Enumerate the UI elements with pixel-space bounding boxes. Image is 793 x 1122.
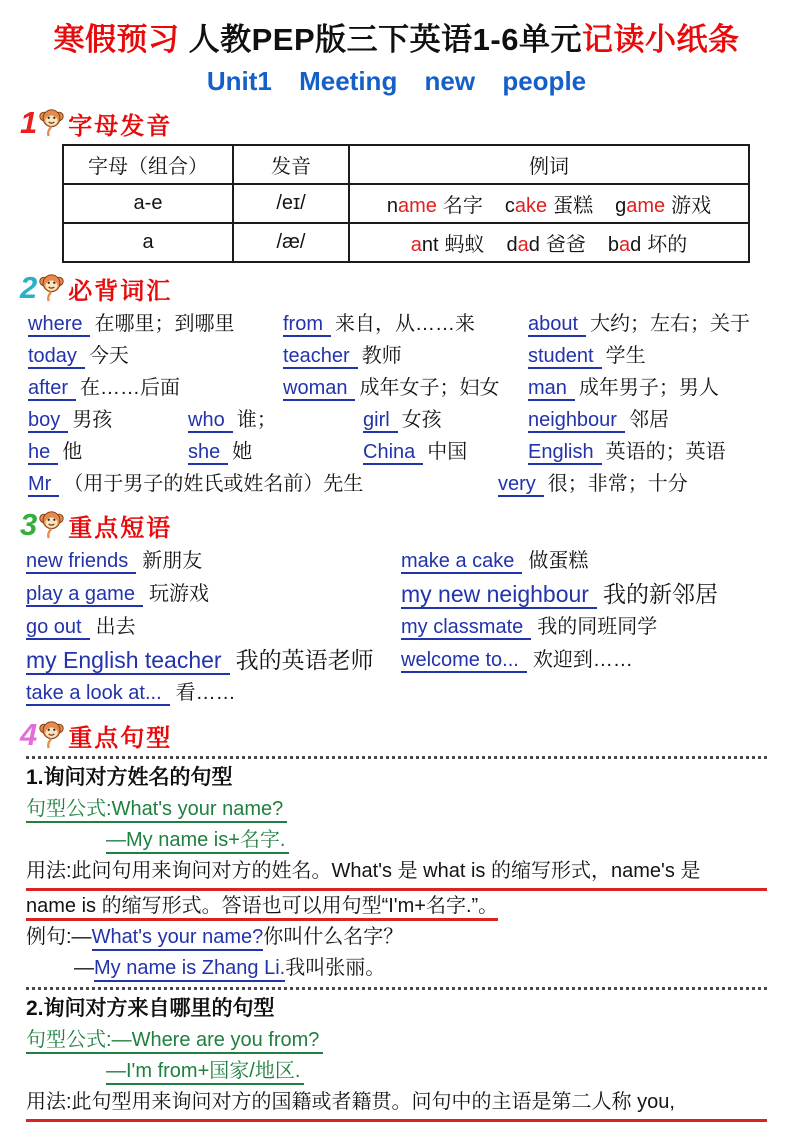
page-title: 寒假预习 人教PEP版三下英语1-6单元记读小纸条 xyxy=(26,20,767,60)
phrase-section: new friends新朋友play a game玩游戏go out出去my E… xyxy=(26,545,767,710)
phrase-text: my new neighbour xyxy=(401,581,597,609)
col-header-sound: 发音 xyxy=(233,145,349,184)
vocab-item: woman成年女子；妇女 xyxy=(283,372,528,404)
example-word: game游戏 xyxy=(615,189,711,218)
phrase-text: my classmate xyxy=(401,616,531,640)
formula-answer: —I'm from+国家/地区. xyxy=(106,1060,304,1085)
vocab-word: boy xyxy=(28,409,68,433)
vocab-meaning: 大约；左右；关于 xyxy=(590,313,750,335)
example-label: — xyxy=(74,957,94,979)
word-suffix: nt xyxy=(422,234,439,256)
section4-number: 4 xyxy=(20,717,37,753)
vocab-meaning: 男孩 xyxy=(72,409,112,431)
vocab-meaning: 邻居 xyxy=(629,409,669,431)
vocab-meaning: 成年女子；妇女 xyxy=(359,377,499,399)
formula-label: 句型公式: xyxy=(26,798,112,820)
vocab-item: from来自，从……来 xyxy=(283,308,528,340)
letter-cell: a xyxy=(63,223,233,262)
vocab-meaning: 女孩 xyxy=(402,409,442,431)
sound-cell: /eɪ/ xyxy=(233,184,349,223)
vocab-word: Mr xyxy=(28,473,59,497)
phrase-meaning: 欢迎到…… xyxy=(533,649,633,671)
vocab-word: who xyxy=(188,409,233,433)
phrase-item: my English teacher我的英语老师 xyxy=(26,644,401,677)
vocab-item: she她 xyxy=(188,436,363,468)
examples-cell: ant蚂蚁dad爸爸bad坏的 xyxy=(349,223,749,262)
word-prefix: n xyxy=(387,195,398,217)
section2-title: 必背词汇 xyxy=(68,271,172,306)
formula-question: What's your name? xyxy=(112,798,284,820)
section3-header: 3 重点短语 xyxy=(20,507,767,543)
vocab-item: who谁； xyxy=(188,404,363,436)
vocab-item: man成年男子；男人 xyxy=(528,372,767,404)
vocab-word: girl xyxy=(363,409,398,433)
phrase-meaning: 我的同班同学 xyxy=(537,616,657,638)
table-header-row: 字母（组合） 发音 例词 xyxy=(63,145,749,184)
letter-cell: a-e xyxy=(63,184,233,223)
monkey-icon xyxy=(38,719,65,749)
section4-header: 4 重点句型 xyxy=(20,717,767,753)
word-prefix: b xyxy=(608,234,619,256)
pattern-heading: 1.询问对方姓名的句型 xyxy=(26,762,767,794)
vocab-row: Mr（用于男子的姓氏或姓名前）先生very很；非常；十分 xyxy=(28,468,767,500)
vocab-word: she xyxy=(188,441,228,465)
word-highlight: a xyxy=(619,234,630,256)
example-sentence: 例句:—What's your name?你叫什么名字？ xyxy=(26,922,767,953)
col-header-examples: 例词 xyxy=(349,145,749,184)
vocab-meaning: 她 xyxy=(232,441,252,463)
vocab-row: where在哪里；到哪里from来自，从……来about大约；左右；关于 xyxy=(28,308,767,340)
phrase-item: take a look at...看…… xyxy=(26,677,401,710)
sentence-pattern-block: 2.询问对方来自哪里的句型 句型公式:—Where are you from? … xyxy=(26,993,767,1122)
vocab-item: girl女孩 xyxy=(363,404,528,436)
vocab-row: he他she她China中国English英语的；英语 xyxy=(28,436,767,468)
vocab-item: neighbour邻居 xyxy=(528,404,767,436)
vocab-item: boy男孩 xyxy=(28,404,188,436)
vocab-meaning: 谁； xyxy=(237,409,277,431)
phrase-item: welcome to...欢迎到…… xyxy=(401,644,767,677)
phrase-item: my new neighbour我的新邻居 xyxy=(401,578,767,611)
vocab-meaning: 教师 xyxy=(362,345,402,367)
section1-header: 1 字母发音 xyxy=(20,105,767,141)
example-label: 例句:— xyxy=(26,926,92,948)
phrase-item: my classmate我的同班同学 xyxy=(401,611,767,644)
word-meaning: 游戏 xyxy=(671,195,711,217)
vocab-meaning: （用于男子的姓氏或姓名前）先生 xyxy=(63,473,363,495)
word-meaning: 坏的 xyxy=(647,234,687,256)
vocab-meaning: 今天 xyxy=(89,345,129,367)
example-word: bad坏的 xyxy=(608,228,687,257)
sentence-pattern-list: 1.询问对方姓名的句型 句型公式:What's your name? —My n… xyxy=(26,762,767,1122)
vocab-word: China xyxy=(363,441,423,465)
vocab-meaning: 英语的；英语 xyxy=(606,441,726,463)
monkey-icon xyxy=(38,107,65,137)
example-english: My name is Zhang Li. xyxy=(94,957,285,982)
section1-number: 1 xyxy=(20,105,37,141)
vocab-row: after在……后面woman成年女子；妇女man成年男子；男人 xyxy=(28,372,767,404)
example-english: What's your name? xyxy=(92,926,264,951)
pronunciation-table: 字母（组合） 发音 例词 a-e /eɪ/ name名字cake蛋糕game游戏… xyxy=(62,144,750,263)
phrase-item: go out出去 xyxy=(26,611,401,644)
word-highlight: ame xyxy=(626,195,665,217)
phrase-meaning: 玩游戏 xyxy=(149,583,209,605)
word-prefix: g xyxy=(615,195,626,217)
phrase-text: go out xyxy=(26,616,90,640)
phrase-text: welcome to... xyxy=(401,649,527,673)
phrase-text: my English teacher xyxy=(26,647,230,675)
vocab-meaning: 他 xyxy=(62,441,82,463)
vocab-item: Mr（用于男子的姓氏或姓名前）先生 xyxy=(28,468,498,500)
vocab-word: he xyxy=(28,441,58,465)
example-word: ant蚂蚁 xyxy=(411,228,485,257)
vocab-item: he他 xyxy=(28,436,188,468)
example-sentence: —My name is Zhang Li.我叫张丽。 xyxy=(74,953,767,984)
word-highlight: ake xyxy=(515,195,547,217)
examples-cell: name名字cake蛋糕game游戏 xyxy=(349,184,749,223)
usage-text: name is 的缩写形式。答语也可以用句型“I'm+名字.”。 xyxy=(26,895,498,921)
vocab-word: from xyxy=(283,313,331,337)
dotted-divider xyxy=(26,755,767,759)
vocab-word: neighbour xyxy=(528,409,625,433)
vocab-word: today xyxy=(28,345,85,369)
vocab-row: today今天teacher教师student学生 xyxy=(28,340,767,372)
vocab-item: very很；非常；十分 xyxy=(498,468,767,500)
example-chinese: 我叫张丽。 xyxy=(285,957,385,979)
phrase-meaning: 做蛋糕 xyxy=(528,550,588,572)
phrase-meaning: 出去 xyxy=(96,616,136,638)
vocab-meaning: 在……后面 xyxy=(80,377,180,399)
vocab-word: teacher xyxy=(283,345,358,369)
phrase-item: play a game玩游戏 xyxy=(26,578,401,611)
vocab-meaning: 成年男子；男人 xyxy=(579,377,719,399)
phrase-meaning: 我的英语老师 xyxy=(236,647,374,673)
word-highlight: ame xyxy=(398,195,437,217)
vocab-word: where xyxy=(28,313,90,337)
title-red-suffix: 记读小纸条 xyxy=(582,22,740,57)
phrase-column-left: new friends新朋友play a game玩游戏go out出去my E… xyxy=(26,545,401,710)
dotted-divider xyxy=(26,986,767,990)
title-red-prefix: 寒假预习 xyxy=(54,22,180,57)
word-meaning: 名字 xyxy=(443,195,483,217)
example-word: name名字 xyxy=(387,189,483,218)
formula-label: 句型公式: xyxy=(26,1029,112,1051)
unit-subtitle: Unit1 Meeting new people xyxy=(26,64,767,98)
example-word: dad爸爸 xyxy=(507,228,586,257)
sentence-pattern-block: 1.询问对方姓名的句型 句型公式:What's your name? —My n… xyxy=(26,762,767,990)
vocab-word: woman xyxy=(283,377,355,401)
section4-title: 重点句型 xyxy=(68,718,172,753)
vocab-meaning: 来自，从……来 xyxy=(335,313,475,335)
vocab-item: student学生 xyxy=(528,340,767,372)
phrase-text: play a game xyxy=(26,583,143,607)
sound-cell: /æ/ xyxy=(233,223,349,262)
monkey-icon xyxy=(38,272,65,302)
formula-question-line: 句型公式:—Where are you from? xyxy=(26,1025,767,1056)
phrase-text: make a cake xyxy=(401,550,522,574)
word-prefix: d xyxy=(507,234,518,256)
vocabulary-list: where在哪里；到哪里from来自，从……来about大约；左右；关于 tod… xyxy=(28,308,767,500)
word-meaning: 蛋糕 xyxy=(553,195,593,217)
col-header-letter: 字母（组合） xyxy=(63,145,233,184)
phrase-text: new friends xyxy=(26,550,136,574)
vocab-meaning: 在哪里；到哪里 xyxy=(94,313,234,335)
word-suffix: d xyxy=(630,234,641,256)
pattern-heading: 2.询问对方来自哪里的句型 xyxy=(26,993,767,1025)
vocab-row: boy男孩who谁；girl女孩neighbour邻居 xyxy=(28,404,767,436)
vocab-word: English xyxy=(528,441,602,465)
phrase-item: new friends新朋友 xyxy=(26,545,401,578)
example-sentences: 例句:—What's your name?你叫什么名字？—My name is … xyxy=(26,922,767,984)
vocab-item: teacher教师 xyxy=(283,340,528,372)
formula-answer-line: —I'm from+国家/地区. xyxy=(106,1056,767,1087)
vocab-word: very xyxy=(498,473,544,497)
table-row: a /æ/ ant蚂蚁dad爸爸bad坏的 xyxy=(63,223,749,262)
phrase-meaning: 看…… xyxy=(176,682,236,704)
section2-number: 2 xyxy=(20,270,37,306)
usage-text: 用法:此问句用来询问对方的姓名。What's 是 what is 的缩写形式，n… xyxy=(26,856,767,891)
phrase-item: make a cake做蛋糕 xyxy=(401,545,767,578)
section3-number: 3 xyxy=(20,507,37,543)
section1-title: 字母发音 xyxy=(68,106,172,141)
usage-notes: 用法:此问句用来询问对方的姓名。What's 是 what is 的缩写形式，n… xyxy=(26,856,767,922)
usage-line: 用法:此句型用来询问对方的国籍或者籍贯。问句中的主语是第二人称 you, xyxy=(26,1087,767,1122)
title-black-middle: 人教PEP版三下英语1-6单元 xyxy=(180,22,582,57)
vocab-item: English英语的；英语 xyxy=(528,436,767,468)
vocab-item: where在哪里；到哪里 xyxy=(28,308,283,340)
vocab-meaning: 学生 xyxy=(606,345,646,367)
table-row: a-e /eɪ/ name名字cake蛋糕game游戏 xyxy=(63,184,749,223)
phrase-text: take a look at... xyxy=(26,682,170,706)
section2-header: 2 必背词汇 xyxy=(20,270,767,306)
word-highlight: a xyxy=(518,234,529,256)
worksheet-page: 寒假预习 人教PEP版三下英语1-6单元记读小纸条 Unit1 Meeting … xyxy=(0,0,793,1122)
vocab-word: about xyxy=(528,313,586,337)
word-suffix: d xyxy=(529,234,540,256)
formula-answer: —My name is+名字. xyxy=(106,829,289,854)
word-highlight: a xyxy=(411,234,422,256)
monkey-icon xyxy=(38,509,65,539)
usage-line: name is 的缩写形式。答语也可以用句型“I'm+名字.”。 xyxy=(26,891,767,922)
usage-notes: 用法:此句型用来询问对方的国籍或者籍贯。问句中的主语是第二人称 you, xyxy=(26,1087,767,1122)
word-prefix: c xyxy=(505,195,515,217)
vocab-item: after在……后面 xyxy=(28,372,283,404)
vocab-item: about大约；左右；关于 xyxy=(528,308,767,340)
formula-question: —Where are you from? xyxy=(112,1029,320,1051)
word-meaning: 蚂蚁 xyxy=(445,234,485,256)
example-chinese: 你叫什么名字？ xyxy=(263,926,403,948)
formula-question-line: 句型公式:What's your name? xyxy=(26,794,767,825)
formula-answer-line: —My name is+名字. xyxy=(106,825,767,856)
vocab-meaning: 很；非常；十分 xyxy=(548,473,688,495)
usage-text: 用法:此句型用来询问对方的国籍或者籍贯。问句中的主语是第二人称 you, xyxy=(26,1087,767,1122)
vocab-word: student xyxy=(528,345,602,369)
vocab-item: China中国 xyxy=(363,436,528,468)
phrase-meaning: 我的新邻居 xyxy=(603,581,718,607)
example-word: cake蛋糕 xyxy=(505,189,593,218)
section3-title: 重点短语 xyxy=(68,508,172,543)
usage-line: 用法:此问句用来询问对方的姓名。What's 是 what is 的缩写形式，n… xyxy=(26,856,767,891)
phrase-meaning: 新朋友 xyxy=(142,550,202,572)
vocab-word: after xyxy=(28,377,76,401)
vocab-word: man xyxy=(528,377,575,401)
vocab-item: today今天 xyxy=(28,340,283,372)
vocab-meaning: 中国 xyxy=(427,441,467,463)
phrase-column-right: make a cake做蛋糕my new neighbour我的新邻居my cl… xyxy=(401,545,767,710)
word-meaning: 爸爸 xyxy=(546,234,586,256)
